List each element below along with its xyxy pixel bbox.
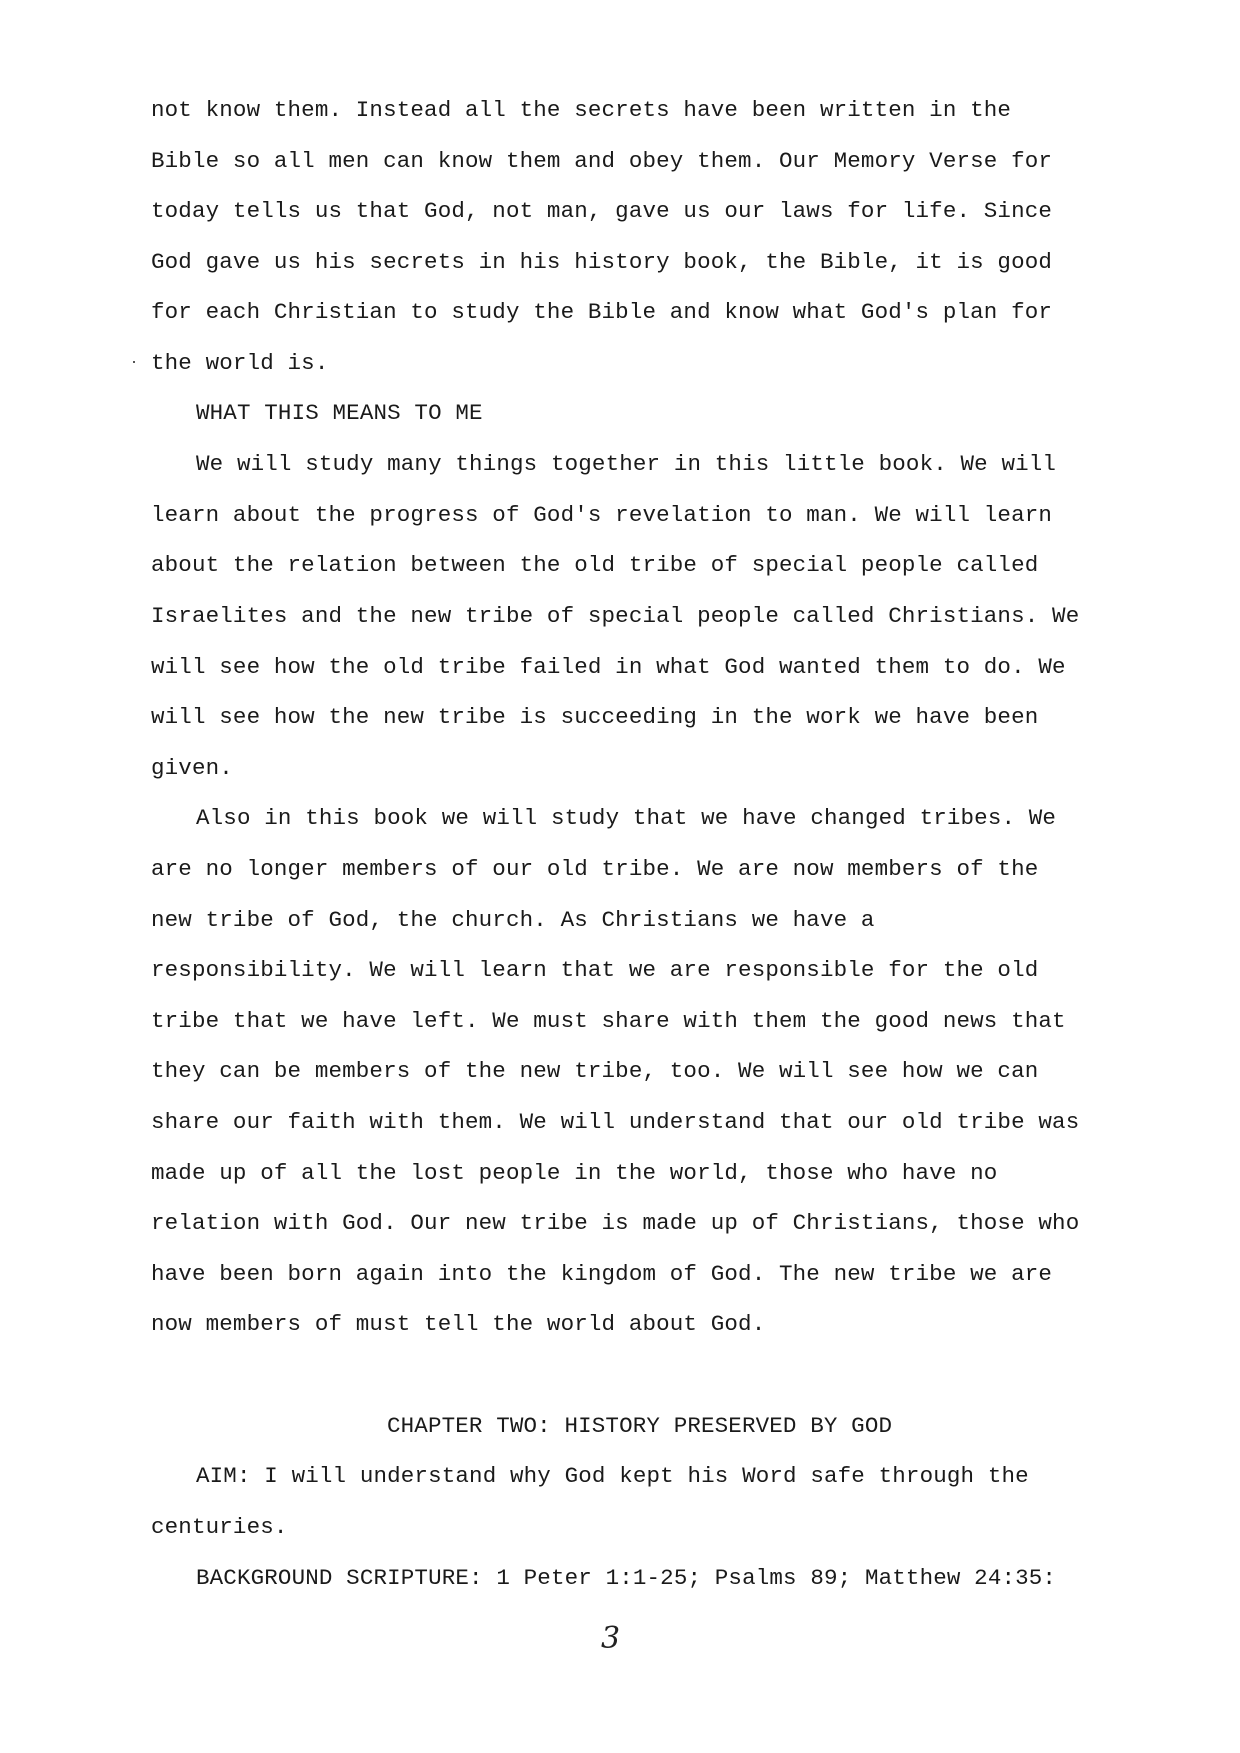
body-line: Bible so all men can know them and obey … bbox=[151, 146, 1052, 176]
section-heading: WHAT THIS MEANS TO ME bbox=[196, 398, 483, 428]
body-line: tribe that we have left. We must share w… bbox=[151, 1006, 1066, 1036]
body-line: given. bbox=[151, 753, 233, 783]
body-line: will see how the old tribe failed in wha… bbox=[151, 652, 1066, 682]
body-line: Israelites and the new tribe of special … bbox=[151, 601, 1079, 631]
body-line: God gave us his secrets in his history b… bbox=[151, 247, 1052, 277]
body-line: responsibility. We will learn that we ar… bbox=[151, 955, 1038, 985]
body-line: they can be members of the new tribe, to… bbox=[151, 1056, 1038, 1086]
chapter-title: CHAPTER TWO: HISTORY PRESERVED BY GOD bbox=[387, 1411, 892, 1441]
page-number: 3 bbox=[601, 1622, 620, 1656]
body-line: have been born again into the kingdom of… bbox=[151, 1259, 1052, 1289]
body-line: the world is. bbox=[151, 348, 328, 378]
body-line: today tells us that God, not man, gave u… bbox=[151, 196, 1052, 226]
body-line: share our faith with them. We will under… bbox=[151, 1107, 1079, 1137]
body-line: for each Christian to study the Bible an… bbox=[151, 297, 1052, 327]
aim-line: AIM: I will understand why God kept his … bbox=[196, 1461, 1029, 1491]
body-line: not know them. Instead all the secrets h… bbox=[151, 95, 1011, 125]
body-line: about the relation between the old tribe… bbox=[151, 550, 1038, 580]
body-line: new tribe of God, the church. As Christi… bbox=[151, 905, 875, 935]
body-line: We will study many things together in th… bbox=[196, 449, 1056, 479]
background-scripture: BACKGROUND SCRIPTURE: 1 Peter 1:1-25; Ps… bbox=[196, 1563, 1056, 1593]
margin-mark bbox=[133, 361, 135, 363]
body-line: now members of must tell the world about… bbox=[151, 1309, 765, 1339]
body-line: learn about the progress of God's revela… bbox=[151, 500, 1052, 530]
document-page: not know them. Instead all the secrets h… bbox=[0, 0, 1240, 1753]
body-line: will see how the new tribe is succeeding… bbox=[151, 702, 1038, 732]
body-line: are no longer members of our old tribe. … bbox=[151, 854, 1038, 884]
body-line: Also in this book we will study that we … bbox=[196, 803, 1056, 833]
aim-line: centuries. bbox=[151, 1512, 288, 1542]
body-line: relation with God. Our new tribe is made… bbox=[151, 1208, 1079, 1238]
body-line: made up of all the lost people in the wo… bbox=[151, 1158, 997, 1188]
